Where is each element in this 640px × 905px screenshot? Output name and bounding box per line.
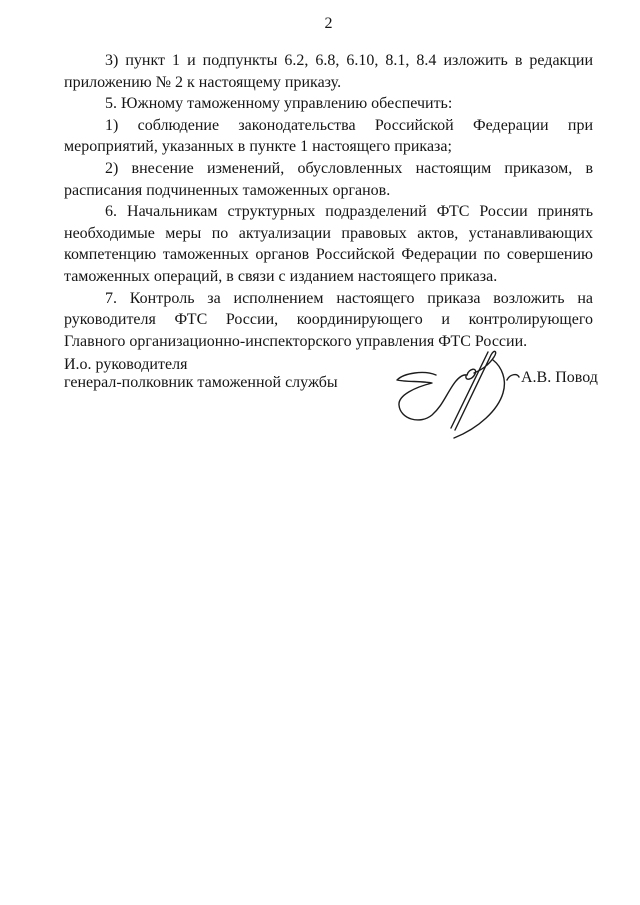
text-line: приложению № 2 к настоящему приказу.: [64, 72, 593, 94]
signer-position-line: генерал-полковник таможенной службы: [64, 374, 338, 392]
text-line: мероприятий, указанных в пункте 1 настоя…: [64, 136, 593, 158]
page-number: 2: [64, 16, 593, 32]
signer-position-title: И.о. руководителя генерал-полковник тамо…: [64, 356, 338, 391]
text-line: расписания подчиненных таможенных органо…: [64, 180, 593, 202]
paragraph-item-6: 6. Начальникам структурных подразделений…: [64, 201, 593, 287]
paragraph-subitem-1: 1) соблюдение законодательства Российско…: [64, 115, 593, 158]
text-line: 6. Начальникам структурных подразделений…: [64, 201, 593, 223]
paragraph-item-5: 5. Южному таможенному управлению обеспеч…: [64, 93, 593, 115]
document-body: 3) пункт 1 и подпункты 6.2, 6.8, 6.10, 8…: [64, 50, 593, 352]
document-page: 2 3) пункт 1 и подпункты 6.2, 6.8, 6.10,…: [0, 0, 640, 905]
text-line: компетенцию таможенных органов Российско…: [64, 244, 593, 266]
text-line: 5. Южному таможенному управлению обеспеч…: [64, 93, 593, 115]
text-line: 2) внесение изменений, обусловленных нас…: [64, 158, 593, 180]
paragraph-subitem-2: 2) внесение изменений, обусловленных нас…: [64, 158, 593, 201]
signer-position-line: И.о. руководителя: [64, 356, 338, 374]
text-line: таможенных операций, в связи с изданием …: [64, 266, 593, 288]
text-line: 1) соблюдение законодательства Российско…: [64, 115, 593, 137]
text-line: 3) пункт 1 и подпункты 6.2, 6.8, 6.10, 8…: [64, 50, 593, 72]
text-line: 7. Контроль за исполнением настоящего пр…: [64, 288, 593, 310]
text-line: руководителя ФТС России, координирующего…: [64, 309, 593, 331]
text-line: необходимые меры по актуализации правовы…: [64, 223, 593, 245]
paragraph-subitem-3: 3) пункт 1 и подпункты 6.2, 6.8, 6.10, 8…: [64, 50, 593, 93]
signer-name: А.В. Повод: [521, 369, 598, 387]
handwritten-signature-icon: [390, 340, 525, 440]
signature-strokes: [397, 351, 519, 438]
